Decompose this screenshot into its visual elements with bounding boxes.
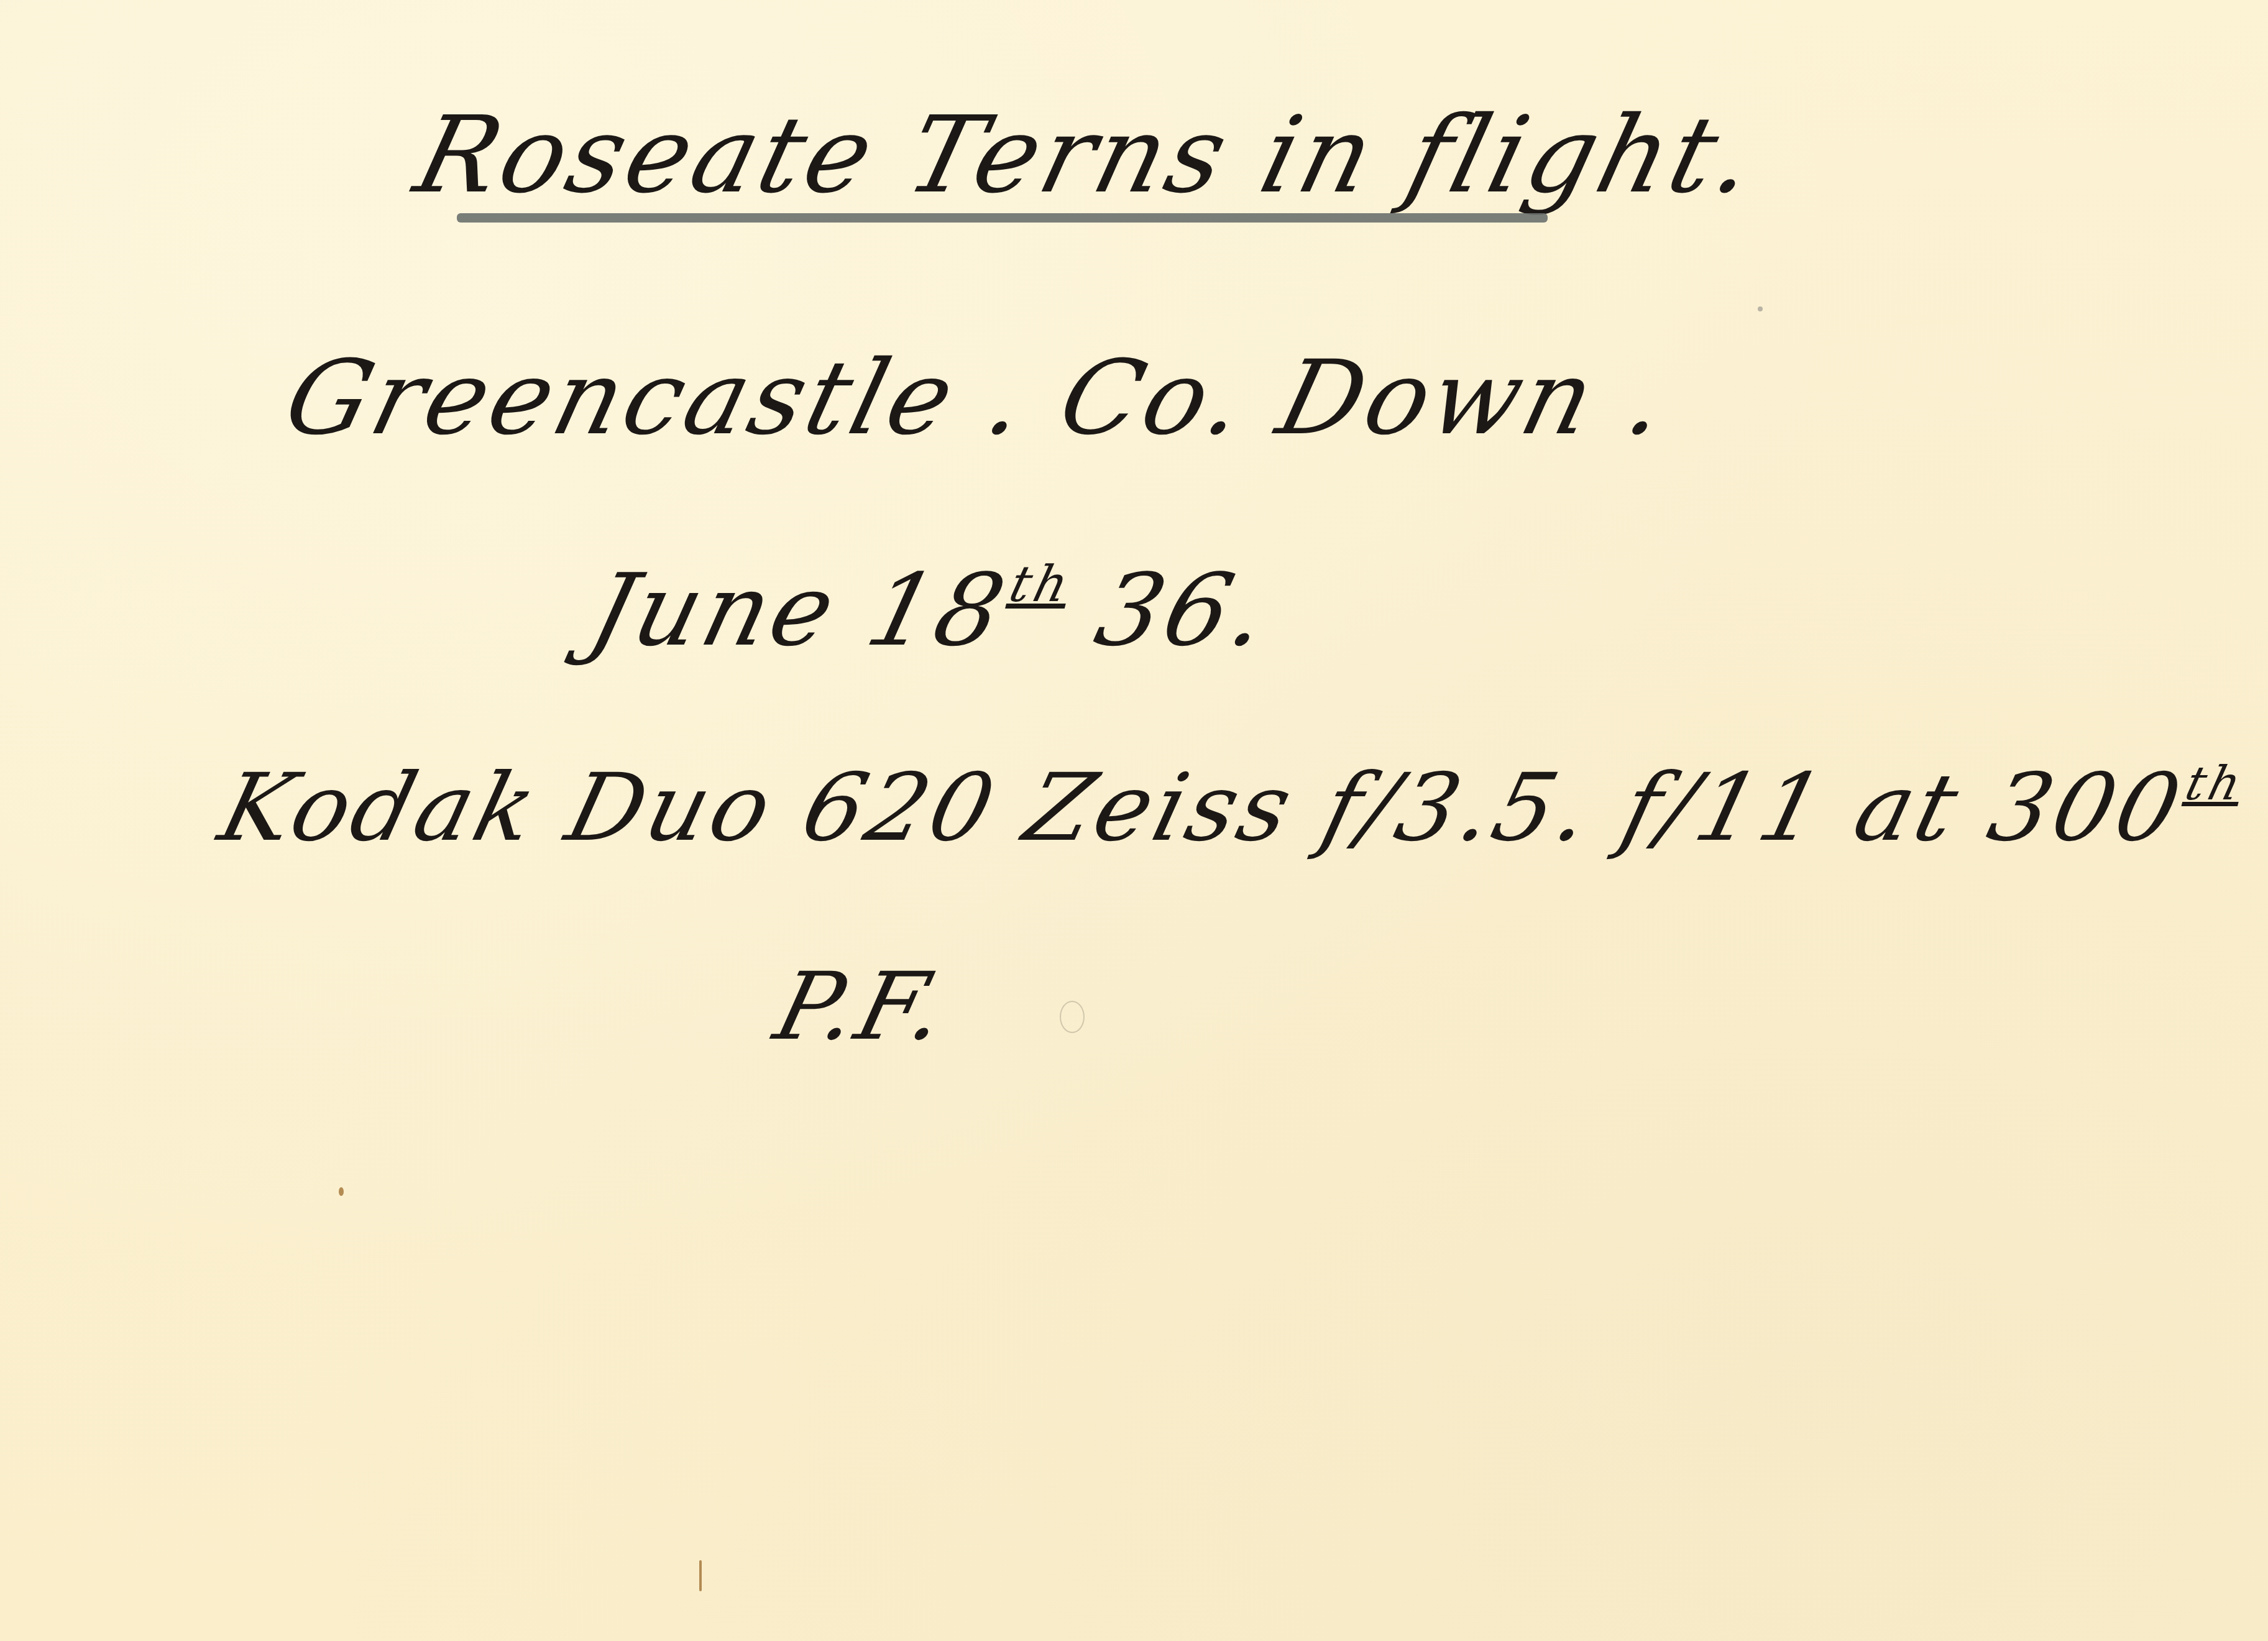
foxing-mark [699, 1560, 702, 1591]
ink-speck [1758, 306, 1763, 311]
date-suffix: 36. [1050, 552, 1283, 668]
foxing-mark [339, 1187, 344, 1196]
paper-blemish [1060, 1001, 1085, 1033]
location-line: Greencastle . Co. Down . [273, 336, 1683, 460]
date-line: June 18th 36. [578, 522, 1291, 673]
date-prefix: June 18 [579, 552, 1019, 668]
camera-settings-line: Kodak Duo 620 Zeiss f/3.5. f/11 at 300th [208, 724, 2258, 867]
card-title: Roseate Terns in flight. [404, 93, 1771, 218]
camera-settings-text: Kodak Duo 620 Zeiss f/3.5. f/11 at 300 [209, 754, 2194, 862]
caption-card: Roseate Terns in flight. Greencastle . C… [0, 0, 2268, 1641]
author-initials: P.F. [764, 951, 960, 1063]
title-underline [457, 213, 1548, 223]
